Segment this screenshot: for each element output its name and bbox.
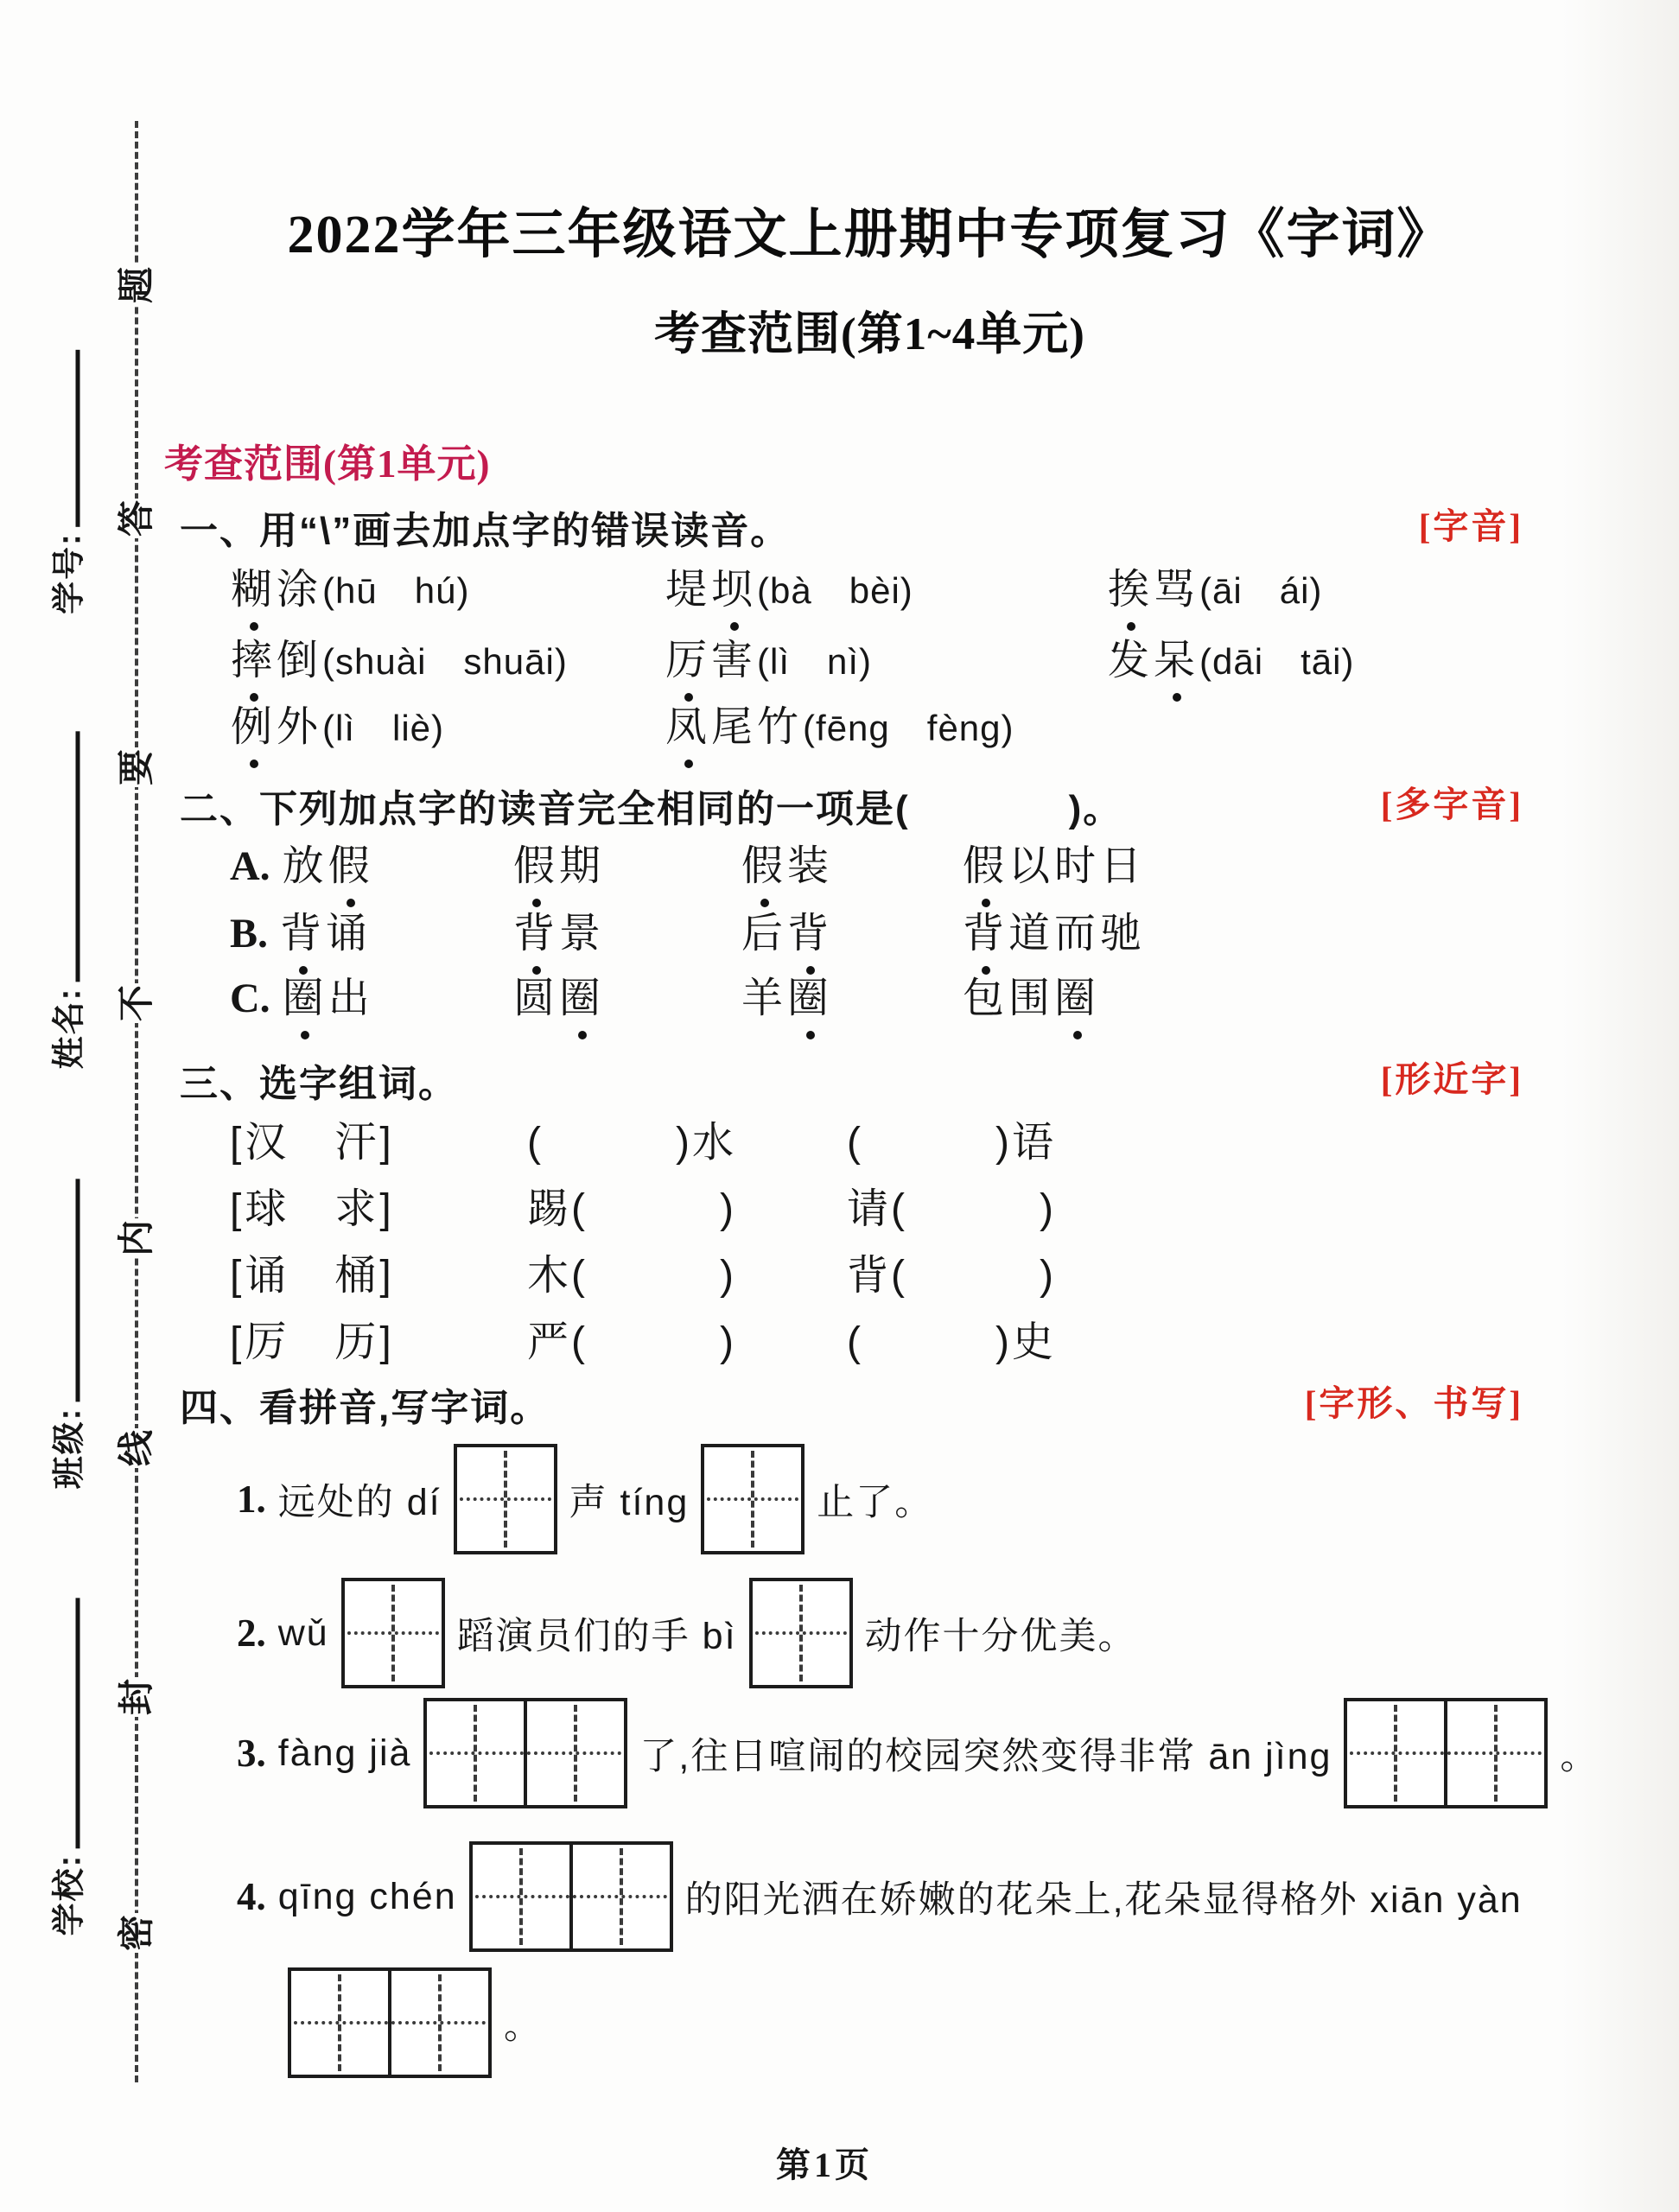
writing-box-cell[interactable] xyxy=(753,1581,849,1685)
writing-box-cell[interactable] xyxy=(473,1845,569,1948)
dotted-character: 假 xyxy=(513,842,559,890)
writing-box[interactable] xyxy=(341,1578,445,1688)
sentence-text: 蹈演员们的手 bì xyxy=(457,1607,737,1660)
writing-box[interactable] xyxy=(454,1444,557,1554)
writing-box-cell[interactable] xyxy=(1347,1701,1444,1805)
dotted-character: 凤 xyxy=(665,703,711,751)
q2-word-item: 圆圈 xyxy=(513,975,605,1022)
dotted-character: 假 xyxy=(963,842,1008,890)
q3-tag: [形近字] xyxy=(1381,1051,1523,1102)
dotted-character: 假 xyxy=(741,842,787,890)
dotted-word: 包围圈 xyxy=(963,976,1100,1021)
writing-box-cell[interactable] xyxy=(704,1447,801,1551)
item-number: 3. xyxy=(237,1731,266,1776)
dotted-word: 例外 xyxy=(231,704,322,750)
q2-word-item: 背景 xyxy=(513,910,605,957)
character: 圆 xyxy=(513,975,559,1022)
character: 围 xyxy=(1008,975,1054,1022)
answer-slot[interactable]: ( )语 xyxy=(847,1119,1056,1166)
dotted-character: 呆 xyxy=(1154,637,1199,684)
character-pair: [厉 历] xyxy=(230,1319,395,1366)
dotted-character: 圈 xyxy=(787,975,833,1022)
dotted-word: 挨骂 xyxy=(1108,567,1199,613)
pinyin-choices: (lì nì) xyxy=(757,641,872,682)
answer-slot[interactable]: 请( ) xyxy=(847,1185,1056,1233)
writing-box-cell[interactable] xyxy=(345,1581,442,1685)
q1-word-item: 例外(lì liè) xyxy=(231,703,444,751)
character: 倒 xyxy=(277,637,322,684)
page-number: 第1页 xyxy=(776,2138,873,2187)
q4-sentence-row: 1.远处的 dí声 tíng止了。 xyxy=(151,1439,1657,1560)
dotted-character: 背 xyxy=(280,910,326,957)
page-title: 2022学年三年级语文上册期中专项复习《字词》 xyxy=(151,206,1588,264)
answer-slot[interactable]: 严( ) xyxy=(527,1319,736,1366)
writing-box-cell[interactable] xyxy=(524,1701,624,1805)
dotted-character: 圈 xyxy=(559,975,605,1022)
q3-header: 三、选字组词。 [形近字] xyxy=(180,1052,1657,1104)
dotted-character: 例 xyxy=(231,703,277,751)
q1-word-item: 糊涂(hū hú) xyxy=(231,566,469,613)
q2-word-item: B.背诵 xyxy=(230,910,372,957)
q2-word-item: 背道而驰 xyxy=(963,910,1146,957)
pinyin-choices: (shuài shuāi) xyxy=(322,641,568,682)
q1-tag: [字音] xyxy=(1419,498,1523,549)
field-label: 学校: xyxy=(52,1854,88,1936)
q2-tag: [多字音] xyxy=(1381,776,1523,827)
character: 而 xyxy=(1054,910,1100,957)
dotted-word: 羊圈 xyxy=(741,976,833,1021)
sentence-text: 。 xyxy=(504,1997,543,2050)
pinyin-choices: (dāi tāi) xyxy=(1199,641,1354,682)
sentence-text: 动作十分优美。 xyxy=(865,1607,1137,1660)
dotted-word: 圆圈 xyxy=(513,976,605,1021)
q2-word-item: 后背 xyxy=(741,910,833,957)
character: 尾 xyxy=(711,703,757,751)
q2-word-item: A.放假 xyxy=(230,842,374,890)
page-subtitle: 考查范围(第1~4单元) xyxy=(151,297,1588,363)
writing-box-cell[interactable] xyxy=(1444,1701,1544,1805)
character: 涂 xyxy=(277,566,322,613)
pinyin-choices: (hū hú) xyxy=(322,570,469,611)
dotted-word: 发呆 xyxy=(1108,638,1199,683)
sentence-text: 了,往日喧闹的校园突然变得非常 ān jìng xyxy=(639,1727,1332,1780)
character: 诵 xyxy=(326,910,372,957)
character: 放 xyxy=(283,842,328,890)
q3-row: [汉 汗]( )水( )语 xyxy=(151,1119,1657,1179)
writing-box[interactable] xyxy=(288,1967,492,2078)
student-info-field: 学校: xyxy=(42,1599,90,1936)
writing-box[interactable] xyxy=(423,1698,627,1808)
field-label: 学号: xyxy=(52,532,88,614)
dotted-character: 摔 xyxy=(231,637,277,684)
character: 发 xyxy=(1108,637,1154,684)
dotted-character: 厉 xyxy=(665,637,711,684)
q1-row: 糊涂(hū hú)堤坝(bà bèi)挨骂(āi ái) xyxy=(151,566,1657,626)
q2-word-item: 假以时日 xyxy=(963,842,1146,890)
item-number: 2. xyxy=(237,1611,266,1656)
field-blank-line[interactable] xyxy=(71,350,80,527)
writing-box-cell[interactable] xyxy=(427,1701,524,1805)
q3-row: [诵 桶]木( )背( ) xyxy=(151,1252,1657,1313)
dotted-word: 背诵 xyxy=(280,911,372,957)
dotted-character: 背 xyxy=(963,910,1008,957)
student-info-field: 姓名: xyxy=(42,732,90,1070)
dotted-word: 放假 xyxy=(283,843,374,889)
dotted-character: 假 xyxy=(328,842,374,890)
item-number: 4. xyxy=(237,1874,266,1919)
q1-word-item: 厉害(lì nì) xyxy=(665,637,872,684)
q4-tag: [字形、书写] xyxy=(1305,1375,1523,1426)
character: 害 xyxy=(711,637,757,684)
q2-word-item: 包围圈 xyxy=(963,975,1100,1022)
character: 以 xyxy=(1008,842,1054,890)
unit1-heading: 考查范围(第1单元) xyxy=(164,432,490,488)
option-letter: A. xyxy=(230,843,270,889)
q4-sentence-row: 2.wǔ蹈演员们的手 bì动作十分优美。 xyxy=(151,1573,1657,1694)
character: 骂 xyxy=(1154,566,1199,613)
character: 出 xyxy=(328,975,374,1022)
seal-dashed-line xyxy=(135,121,138,2082)
character: 外 xyxy=(277,703,322,751)
field-label: 班级: xyxy=(52,1408,88,1490)
character: 期 xyxy=(559,842,605,890)
option-letter: C. xyxy=(230,976,270,1021)
q1-title: 一、用“\”画去加点字的错误读音。 xyxy=(180,510,790,552)
dotted-character: 圈 xyxy=(1054,975,1100,1022)
q2-word-item: 羊圈 xyxy=(741,975,833,1022)
q2-option-row: B.背诵背景后背背道而驰 xyxy=(151,910,1657,970)
sentence-text: 。 xyxy=(1560,1727,1599,1780)
worksheet-content: 2022学年三年级语文上册期中专项复习《字词》 考查范围(第1~4单元) 考查范… xyxy=(151,0,1657,2212)
pinyin-choices: (fēng fèng) xyxy=(803,708,1014,748)
q2-option-row: C.圈出圆圈羊圈包围圈 xyxy=(151,975,1657,1035)
character: 景 xyxy=(559,910,605,957)
q3-row: [厉 历]严( )( )史 xyxy=(151,1319,1657,1379)
writing-box-cell[interactable] xyxy=(291,1971,388,2075)
character-pair: [球 求] xyxy=(230,1185,395,1233)
dotted-character: 挨 xyxy=(1108,566,1154,613)
pinyin-choices: (āi ái) xyxy=(1199,570,1322,611)
q4-sentence-row: 3.fàng jià了,往日喧闹的校园突然变得非常 ān jìng。 xyxy=(151,1693,1657,1814)
item-number: 1. xyxy=(237,1477,266,1522)
q4-header: 四、看拼音,写字词。 [字形、书写] xyxy=(180,1376,1657,1428)
q1-word-item: 摔倒(shuài shuāi) xyxy=(231,637,568,684)
writing-box[interactable] xyxy=(701,1444,805,1554)
sentence-text: 远处的 dí xyxy=(278,1473,442,1526)
exam-paper-page: 题答要不内线封密 学号:姓名:班级:学校: 2022学年三年级语文上册期中专项复… xyxy=(0,0,1679,2212)
dotted-word: 假以时日 xyxy=(963,843,1146,889)
q1-word-item: 发呆(dāi tāi) xyxy=(1108,637,1354,684)
dotted-word: 假期 xyxy=(513,843,605,889)
field-blank-line[interactable] xyxy=(71,732,80,982)
q4-title: 四、看拼音,写字词。 xyxy=(180,1387,550,1429)
dotted-word: 背道而驰 xyxy=(963,911,1146,957)
character: 羊 xyxy=(741,975,787,1022)
dotted-word: 后背 xyxy=(741,911,833,957)
dotted-word: 糊涂 xyxy=(231,567,322,613)
writing-box[interactable] xyxy=(749,1578,853,1688)
q1-word-item: 凤尾竹(fēng fèng) xyxy=(665,703,1014,751)
student-info-field: 学号: xyxy=(42,350,90,614)
writing-box-cell[interactable] xyxy=(457,1447,554,1551)
character: 后 xyxy=(741,910,787,957)
dotted-character: 圈 xyxy=(283,975,328,1022)
q4-sentence-row: 4.qīng chén的阳光洒在娇嫩的花朵上,花朵显得格外 xiān yàn xyxy=(151,1836,1657,1957)
dotted-character: 坝 xyxy=(711,566,757,613)
field-label: 姓名: xyxy=(52,988,88,1070)
character: 包 xyxy=(963,975,1008,1022)
field-blank-line[interactable] xyxy=(71,1179,80,1402)
character: 时 xyxy=(1054,842,1100,890)
character: 驰 xyxy=(1100,910,1146,957)
dotted-character: 背 xyxy=(513,910,559,957)
answer-slot[interactable]: 背( ) xyxy=(847,1252,1056,1300)
dotted-character: 糊 xyxy=(231,566,277,613)
q4-sentence-row: 。 xyxy=(151,1962,1657,2083)
character-pair: [诵 桶] xyxy=(230,1252,395,1300)
q2-word-item: C.圈出 xyxy=(230,975,374,1022)
sentence-text: 的阳光洒在娇嫩的花朵上,花朵显得格外 xiān yàn xyxy=(685,1871,1523,1923)
q3-row: [球 求]踢( )请( ) xyxy=(151,1185,1657,1246)
q1-word-item: 堤坝(bà bèi) xyxy=(665,566,913,613)
q1-row: 摔倒(shuài shuāi)厉害(lì nì)发呆(dāi tāi) xyxy=(151,637,1657,697)
q1-word-item: 挨骂(āi ái) xyxy=(1108,566,1322,613)
pinyin-choices: (lì liè) xyxy=(322,708,444,748)
q1-row: 例外(lì liè)凤尾竹(fēng fèng) xyxy=(151,703,1657,764)
q2-word-item: 假装 xyxy=(741,842,833,890)
sentence-text: 止了。 xyxy=(817,1473,933,1526)
dotted-word: 厉害 xyxy=(665,638,757,683)
q3-title: 三、选字组词。 xyxy=(180,1063,458,1105)
field-blank-line[interactable] xyxy=(71,1599,80,1849)
q1-header: 一、用“\”画去加点字的错误读音。 [字音] xyxy=(180,499,1657,551)
student-info-field: 班级: xyxy=(42,1179,90,1490)
answer-slot[interactable]: ( )史 xyxy=(847,1319,1056,1366)
character: 日 xyxy=(1100,842,1146,890)
dotted-word: 堤坝 xyxy=(665,567,757,613)
dotted-character: 背 xyxy=(787,910,833,957)
writing-box[interactable] xyxy=(469,1841,673,1952)
character: 堤 xyxy=(665,566,711,613)
sentence-text: 声 tíng xyxy=(569,1473,690,1526)
character: 竹 xyxy=(757,703,803,751)
character-pair: [汉 汗] xyxy=(230,1119,395,1166)
writing-box-cell[interactable] xyxy=(388,1971,488,2075)
q2-option-row: A.放假假期假装假以时日 xyxy=(151,842,1657,903)
sentence-text: qīng chén xyxy=(278,1876,457,1918)
dotted-word: 背景 xyxy=(513,911,605,957)
dotted-word: 凤尾竹 xyxy=(665,704,803,750)
pinyin-choices: (bà bèi) xyxy=(757,570,913,611)
dotted-word: 假装 xyxy=(741,843,833,889)
dotted-word: 圈出 xyxy=(283,976,374,1021)
q2-header: 二、下列加点字的读音完全相同的一项是( )。 [多字音] xyxy=(180,778,1657,829)
character: 装 xyxy=(787,842,833,890)
answer-slot[interactable]: ( )水 xyxy=(527,1119,736,1166)
answer-slot[interactable]: 踢( ) xyxy=(527,1185,736,1233)
writing-box[interactable] xyxy=(1344,1698,1548,1808)
sentence-text: wǔ xyxy=(278,1612,329,1655)
q2-title: 二、下列加点字的读音完全相同的一项是( )。 xyxy=(180,788,1123,830)
sentence-text: fàng jià xyxy=(278,1732,412,1775)
character: 道 xyxy=(1008,910,1054,957)
dotted-word: 摔倒 xyxy=(231,638,322,683)
answer-slot[interactable]: 木( ) xyxy=(527,1252,736,1300)
writing-box-cell[interactable] xyxy=(569,1845,670,1948)
option-letter: B. xyxy=(230,911,268,957)
q2-word-item: 假期 xyxy=(513,842,605,890)
